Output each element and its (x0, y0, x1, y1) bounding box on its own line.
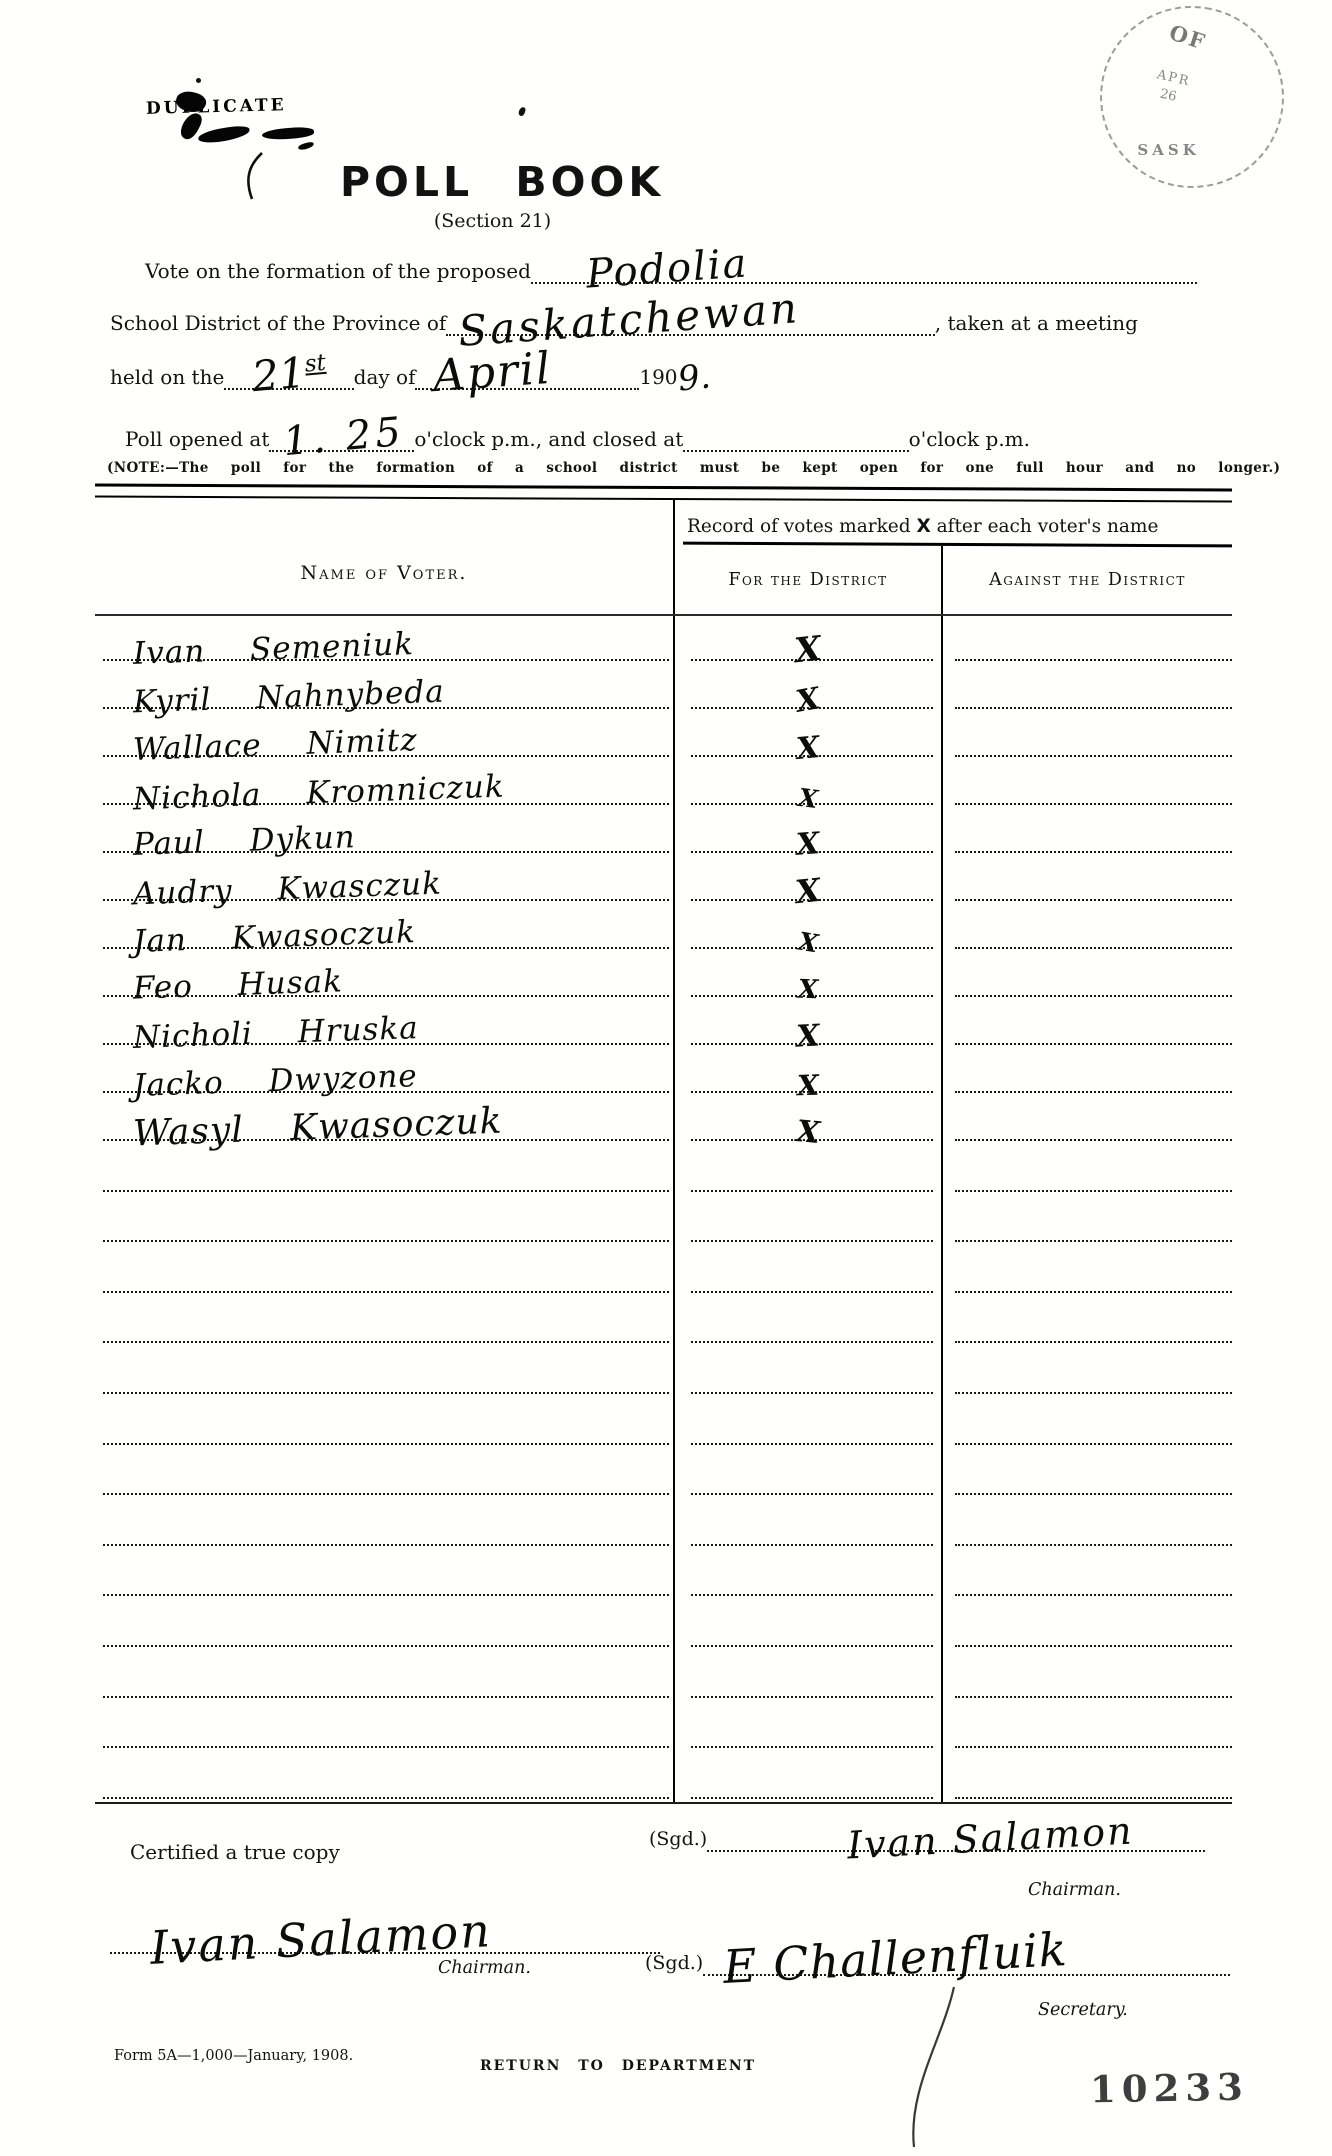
form-code-label: Form 5A—1,000—January, 1908. (114, 2048, 353, 2064)
signed-line-secretary: (Sgd.) E Challenfluik (645, 1952, 1230, 1976)
dotted-rule (691, 1493, 933, 1495)
dotted-rule (955, 1493, 1232, 1495)
against-vote-cell (943, 856, 1232, 904)
record-of-votes-header-cell: Record of votes marked X after each vote… (675, 500, 1232, 614)
voter-name-cell (95, 1549, 675, 1600)
voter-name-cell (95, 1245, 675, 1296)
table-row-empty (95, 1346, 1232, 1397)
stamp-day-text: 26 (1158, 87, 1177, 105)
for-district-label: For the District (728, 570, 887, 590)
against-vote-cell (943, 1144, 1232, 1195)
table-row: Kyril Nahnybeda X (95, 664, 1232, 712)
dotted-rule (103, 1544, 669, 1546)
ink-flourish (238, 150, 272, 202)
table-row: Nichola Kromniczuk X (95, 760, 1232, 808)
table-row-empty (95, 1296, 1232, 1347)
table-header: Name of Voter. Record of votes marked X … (95, 500, 1232, 616)
dotted-rule (955, 1746, 1232, 1748)
against-vote-cell (943, 1751, 1232, 1802)
dotted-rule (691, 1696, 933, 1698)
for-vote-cell (675, 1751, 943, 1802)
handwritten-secretary-signature: E Challenfluik (722, 1929, 1068, 1988)
voter-name-cell: Nichola Kromniczuk (95, 760, 675, 808)
table-row-empty (95, 1245, 1232, 1296)
fill-in-line: April (415, 382, 639, 390)
for-vote-cell: X (675, 760, 943, 808)
voter-name-cell (95, 1346, 675, 1397)
for-vote-cell (675, 1650, 943, 1701)
against-vote-cell (943, 1048, 1232, 1096)
fill-in-line: Saskatchewan (446, 328, 934, 336)
voter-name-cell: Wasyl Kwasoczuk (95, 1096, 675, 1144)
against-vote-cell (943, 1650, 1232, 1701)
voter-name-cell (95, 1599, 675, 1650)
printed-text: Vote on the formation of the proposed (145, 261, 531, 284)
for-vote-cell: X (675, 904, 943, 952)
record-of-votes-label: Record of votes marked X after each vote… (675, 500, 1232, 543)
dotted-rule (103, 1645, 669, 1647)
dotted-rule (955, 1645, 1232, 1647)
form-line-poll-hours: Poll opened at 1. 25 o'clock p.m., and c… (125, 408, 1030, 452)
dotted-rule (691, 1746, 933, 1748)
dotted-rule (955, 1139, 1232, 1141)
dotted-rule (955, 1341, 1232, 1343)
ballot-x-glyph: X (916, 516, 930, 537)
for-vote-cell: X (675, 1096, 943, 1144)
for-vote-cell (675, 1397, 943, 1448)
dotted-rule (103, 1696, 669, 1698)
voter-name-cell: Nicholi Hruska (95, 1000, 675, 1048)
table-rows: Ivan Semeniuk X Kyril Nahnybeda X Wallac… (95, 616, 1232, 1804)
day-ordinal-suffix: st (304, 350, 327, 378)
voter-name-cell (95, 1195, 675, 1246)
secretary-caption: Secretary. (1038, 2000, 1128, 2020)
dotted-rule (955, 1392, 1232, 1394)
dotted-rule (691, 1392, 933, 1394)
dotted-rule (103, 1797, 669, 1799)
table-row: Jacko Dwyzone X (95, 1048, 1232, 1096)
voter-name-cell (95, 1296, 675, 1347)
dotted-rule (955, 1043, 1232, 1045)
against-vote-cell (943, 1701, 1232, 1752)
duplicate-stamp: DUPLICATE (146, 95, 287, 119)
fill-in-line: Podolia (531, 276, 1197, 284)
handwritten-open-time: 1. 25 (282, 414, 406, 460)
dotted-rule (955, 1544, 1232, 1546)
for-vote-cell (675, 1498, 943, 1549)
for-vote-cell: X (675, 1048, 943, 1096)
table-row: Ivan Semeniuk X (95, 616, 1232, 664)
fill-in-line-closed-time (683, 444, 908, 452)
against-vote-cell (943, 1296, 1232, 1347)
dotted-rule (955, 851, 1232, 853)
against-vote-cell (943, 1599, 1232, 1650)
voter-name-cell: Feo Husak (95, 952, 675, 1000)
voter-name-cell (95, 1397, 675, 1448)
against-district-label: Against the District (989, 570, 1186, 590)
against-vote-cell (943, 1096, 1232, 1144)
ink-speck (518, 106, 527, 117)
voter-name-cell: Ivan Semeniuk (95, 616, 675, 664)
voter-name-cell (95, 1498, 675, 1549)
dotted-rule (955, 1696, 1232, 1698)
dotted-rule (691, 1797, 933, 1799)
voter-name-cell: Paul Dykun (95, 808, 675, 856)
handwritten-day: 21st (251, 352, 329, 396)
dotted-rule (955, 947, 1232, 949)
for-vote-cell (675, 1296, 943, 1347)
against-vote-cell (943, 1000, 1232, 1048)
table-row-empty (95, 1701, 1232, 1752)
against-vote-cell (943, 1448, 1232, 1499)
form-line-proposed-district: Vote on the formation of the proposed Po… (145, 238, 1197, 284)
stamp-arc-top-text: OF (1166, 19, 1209, 54)
signature-line: E Challenfluik (703, 1968, 1230, 1976)
table-row-empty (95, 1195, 1232, 1246)
dotted-rule (955, 803, 1232, 805)
against-vote-cell (943, 904, 1232, 952)
for-vote-cell (675, 1549, 943, 1600)
handwritten-district-name: Podolia (585, 245, 750, 292)
name-of-voter-header-cell: Name of Voter. (95, 500, 675, 614)
document-number-stamp: 10233 (1090, 2065, 1249, 2112)
dotted-rule (691, 1544, 933, 1546)
handwritten-voter-name: Feo Husak (133, 968, 344, 1003)
chairman-caption: Chairman. (1028, 1880, 1121, 1900)
table-row-empty (95, 1448, 1232, 1499)
dotted-rule (955, 899, 1232, 901)
for-vote-cell: X (675, 856, 943, 904)
dotted-rule (691, 1645, 933, 1647)
against-district-header-cell: Against the District (943, 546, 1232, 614)
table-row: Audry Kwasczuk X (95, 856, 1232, 904)
dotted-rule (691, 1291, 933, 1293)
for-vote-cell: X (675, 616, 943, 664)
printed-text: held on the (110, 367, 224, 390)
vote-subcolumns-header: For the District Against the District (675, 546, 1232, 614)
against-vote-cell (943, 808, 1232, 856)
table-row-empty (95, 1144, 1232, 1195)
voter-name-cell: Kyril Nahnybeda (95, 664, 675, 712)
voter-name-cell: Wallace Nimitz (95, 712, 675, 760)
signature-flourish-stroke (830, 1985, 1010, 2150)
for-vote-cell: X (675, 1000, 943, 1048)
signature-line: Ivan Salamon (707, 1844, 1205, 1852)
for-vote-cell (675, 1346, 943, 1397)
voter-name-cell (95, 1650, 675, 1701)
table-row-empty (95, 1650, 1232, 1701)
dotted-rule (955, 995, 1232, 997)
dotted-rule (955, 1594, 1232, 1596)
against-vote-cell (943, 1397, 1232, 1448)
for-vote-cell (675, 1701, 943, 1752)
dotted-rule (955, 659, 1232, 661)
left-signature-line: Ivan Salamon (110, 1890, 660, 1954)
table-row-empty (95, 1498, 1232, 1549)
section-subtitle: (Section 21) (340, 210, 645, 232)
handwritten-month: April (432, 349, 554, 397)
voter-name-cell: Jacko Dwyzone (95, 1048, 675, 1096)
for-vote-cell (675, 1245, 943, 1296)
against-vote-cell (943, 1195, 1232, 1246)
printed-text: o'clock p.m., and closed at (414, 429, 683, 452)
table-row-empty (95, 1599, 1232, 1650)
for-vote-cell: X (675, 952, 943, 1000)
form-line-date: held on the 21st day of April 190 9. (110, 342, 710, 390)
voter-name-cell (95, 1144, 675, 1195)
sgd-label: (Sgd.) (645, 1952, 703, 1976)
handwritten-voter-name: Paul Dykun (133, 824, 357, 860)
ink-blot (262, 126, 315, 141)
dotted-rule (955, 1797, 1232, 1799)
printed-text: , taken at a meeting (935, 313, 1138, 336)
page-title: POLL BOOK (340, 158, 645, 206)
dotted-rule (103, 1190, 669, 1192)
against-vote-cell (943, 1549, 1232, 1600)
for-vote-cell: X (675, 712, 943, 760)
table-row: Paul Dykun X (95, 808, 1232, 856)
ink-speck (196, 78, 201, 83)
dotted-rule (103, 1240, 669, 1242)
dotted-rule (955, 1190, 1232, 1192)
poll-table: Name of Voter. Record of votes marked X … (95, 486, 1232, 1804)
dotted-rule (955, 755, 1232, 757)
note-text: (NOTE:—The poll for the formation of a s… (107, 460, 1229, 476)
sgd-label: (Sgd.) (649, 1828, 707, 1852)
table-row: Wallace Nimitz X (95, 712, 1232, 760)
poll-book-document: DUPLICATE OF APR 26 SASK POLL BOOK (Sect… (0, 0, 1332, 2156)
dotted-rule (955, 707, 1232, 709)
voter-name-cell (95, 1701, 675, 1752)
dotted-rule (691, 1594, 933, 1596)
certified-copy-label: Certified a true copy (130, 1840, 340, 1864)
voter-name-cell: Audry Kwasczuk (95, 856, 675, 904)
fill-in-line: 21st (224, 382, 353, 390)
voter-name-cell: Jan Kwasoczuk (95, 904, 675, 952)
table-row: Wasyl Kwasoczuk X (95, 1096, 1232, 1144)
ink-blot (197, 124, 250, 145)
table-row: Jan Kwasoczuk X (95, 904, 1232, 952)
table-row-empty (95, 1397, 1232, 1448)
dotted-rule (955, 1240, 1232, 1242)
against-vote-cell (943, 664, 1232, 712)
for-vote-cell (675, 1448, 943, 1499)
printed-year-prefix: 190 (639, 367, 677, 390)
against-vote-cell (943, 952, 1232, 1000)
printed-text: o'clock p.m. (909, 429, 1030, 452)
dotted-rule (103, 1291, 669, 1293)
signed-line-chairman: (Sgd.) Ivan Salamon (649, 1828, 1205, 1852)
printed-text: School District of the Province of (110, 313, 446, 336)
against-vote-cell (943, 760, 1232, 808)
name-of-voter-label: Name of Voter. (301, 562, 468, 584)
for-vote-cell (675, 1144, 943, 1195)
handwritten-year-digit: 9. (676, 362, 711, 396)
for-vote-cell (675, 1599, 943, 1650)
for-vote-cell: X (675, 808, 943, 856)
dotted-rule (103, 1493, 669, 1495)
for-vote-cell (675, 1195, 943, 1246)
table-row-empty (95, 1751, 1232, 1802)
against-vote-cell (943, 1245, 1232, 1296)
return-to-department-label: RETURN TO DEPARTMENT (480, 2058, 756, 2074)
voter-name-cell (95, 1448, 675, 1499)
against-vote-cell (943, 712, 1232, 760)
ink-blot (298, 141, 315, 151)
dotted-rule (955, 1443, 1232, 1445)
dotted-rule (103, 1341, 669, 1343)
received-date-stamp: OF APR 26 SASK (1087, 0, 1297, 201)
handwritten-chairman-signature: Ivan Salamon (847, 1813, 1135, 1862)
against-vote-cell (943, 1498, 1232, 1549)
against-vote-cell (943, 616, 1232, 664)
dotted-rule (103, 1443, 669, 1445)
table-row: Nicholi Hruska X (95, 1000, 1232, 1048)
table-row: Feo Husak X (95, 952, 1232, 1000)
dotted-rule (955, 1291, 1232, 1293)
printed-text: Poll opened at (125, 429, 269, 452)
chairman-caption-left: Chairman. (438, 1958, 531, 1978)
table-row-empty (95, 1549, 1232, 1600)
dotted-rule (691, 1443, 933, 1445)
against-vote-cell (943, 1346, 1232, 1397)
dotted-rule (103, 1392, 669, 1394)
form-line-province: School District of the Province of Saska… (110, 290, 1138, 336)
dotted-rule (691, 1341, 933, 1343)
for-vote-cell: X (675, 664, 943, 712)
voter-name-cell (95, 1751, 675, 1802)
stamp-arc-bottom-text: SASK (1137, 141, 1199, 159)
for-district-header-cell: For the District (675, 546, 943, 614)
fill-in-line: 1. 25 (269, 444, 414, 452)
dotted-rule (691, 1190, 933, 1192)
printed-text: day of (354, 367, 416, 390)
dotted-rule (103, 1746, 669, 1748)
dotted-rule (691, 1240, 933, 1242)
dotted-rule (103, 1594, 669, 1596)
dotted-rule (955, 1091, 1232, 1093)
